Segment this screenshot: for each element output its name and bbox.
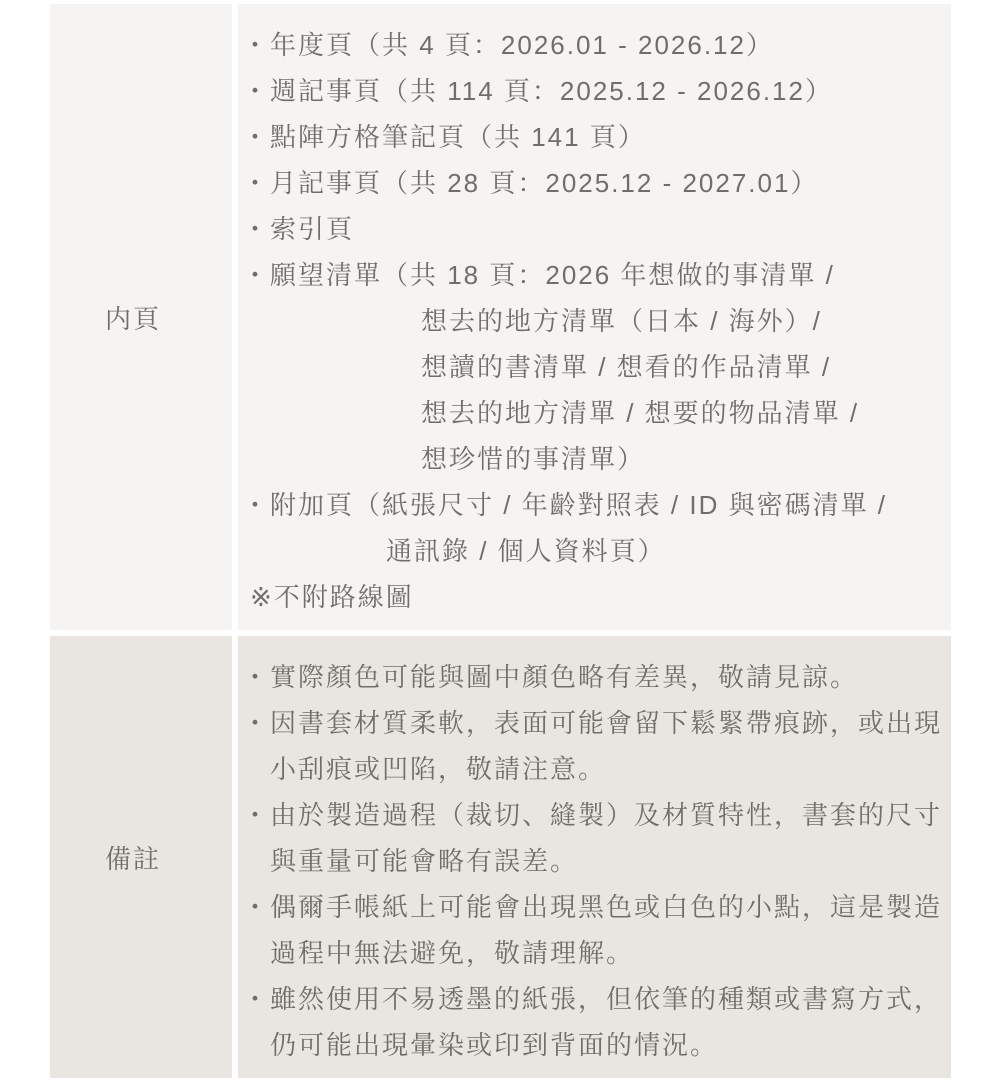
spec-line: 小刮痕或凹陷，敬請注意。 bbox=[242, 746, 945, 792]
spec-line: ・月記事頁（共 28 頁：2025.12 - 2027.01） bbox=[242, 160, 945, 206]
spec-line: 想讀的書清單 / 想看的作品清單 / bbox=[242, 344, 945, 390]
spec-line: ・年度頁（共 4 頁：2026.01 - 2026.12） bbox=[242, 22, 945, 68]
spec-line: 通訊錄 / 個人資料頁） bbox=[242, 528, 945, 574]
spec-line: ・雖然使用不易透墨的紙張，但依筆的種類或書寫方式， bbox=[242, 976, 945, 1022]
spec-line: ・附加頁（紙張尺寸 / 年齡對照表 / ID 與密碼清單 / bbox=[242, 482, 945, 528]
spec-line: ・點陣方格筆記頁（共 141 頁） bbox=[242, 114, 945, 160]
row-label-inner-pages: 内頁 bbox=[50, 4, 232, 630]
spec-line: ・願望清單（共 18 頁：2026 年想做的事清單 / bbox=[242, 252, 945, 298]
row-label-text: 内頁 bbox=[105, 299, 161, 336]
product-spec-table: 内頁 ・年度頁（共 4 頁：2026.01 - 2026.12）・週記事頁（共 … bbox=[0, 0, 1000, 1078]
spec-line: ・偶爾手帳紙上可能會出現黑色或白色的小點，這是製造 bbox=[242, 884, 945, 930]
row-content-inner-pages: ・年度頁（共 4 頁：2026.01 - 2026.12）・週記事頁（共 114… bbox=[238, 4, 951, 630]
spec-line: ・實際顏色可能與圖中顏色略有差異，敬請見諒。 bbox=[242, 654, 945, 700]
spec-line: ・週記事頁（共 114 頁：2025.12 - 2026.12） bbox=[242, 68, 945, 114]
spec-line: ・由於製造過程（裁切、縫製）及材質特性，書套的尺寸 bbox=[242, 792, 945, 838]
spec-line: 過程中無法避免，敬請理解。 bbox=[242, 930, 945, 976]
row-label-notes: 備註 bbox=[50, 636, 232, 1078]
spec-line: 仍可能出現暈染或印到背面的情況。 bbox=[242, 1022, 945, 1068]
row-label-text: 備註 bbox=[105, 839, 161, 876]
row-content-notes: ・實際顏色可能與圖中顏色略有差異，敬請見諒。・因書套材質柔軟，表面可能會留下鬆緊… bbox=[238, 636, 951, 1078]
spec-line: ・索引頁 bbox=[242, 206, 945, 252]
spec-row-notes: 備註 ・實際顏色可能與圖中顏色略有差異，敬請見諒。・因書套材質柔軟，表面可能會留… bbox=[50, 636, 951, 1078]
spec-line: ※不附路線圖 bbox=[242, 574, 945, 620]
spec-line: 想去的地方清單 / 想要的物品清單 / bbox=[242, 390, 945, 436]
spec-line: 與重量可能會略有誤差。 bbox=[242, 838, 945, 884]
spec-line: 想珍惜的事清單） bbox=[242, 436, 945, 482]
spec-line: ・因書套材質柔軟，表面可能會留下鬆緊帶痕跡，或出現 bbox=[242, 700, 945, 746]
spec-row-inner-pages: 内頁 ・年度頁（共 4 頁：2026.01 - 2026.12）・週記事頁（共 … bbox=[50, 4, 951, 630]
spec-line: 想去的地方清單（日本 / 海外）/ bbox=[242, 298, 945, 344]
